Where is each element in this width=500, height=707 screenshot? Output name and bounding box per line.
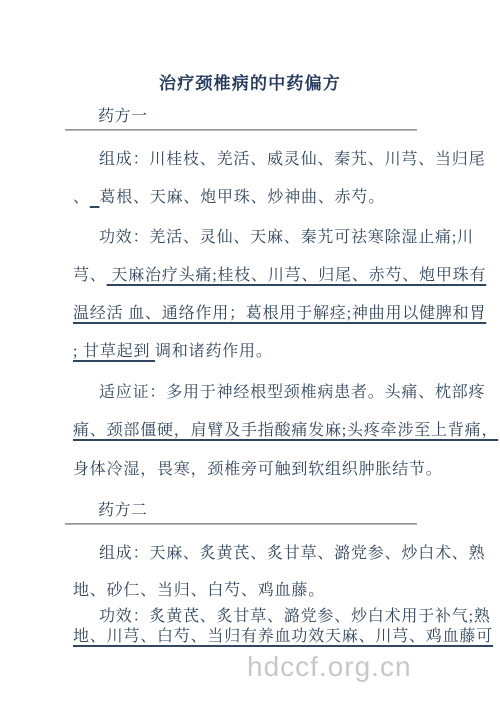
underlined-text-segment: ; 甘草起到 [73,343,155,360]
text-segment: 芎、 [73,267,107,284]
text-line: 功效：羌活、灵仙、天麻、秦艽可祛寒除湿止痛;川 [73,228,427,247]
text-segment: 、 [73,189,90,206]
text-segment: 葛根、天麻、炮甲珠、炒神曲、赤芍。 [99,189,385,206]
text-line: 地、砂仁、当归、白芍、鸡血藤。 [73,581,427,600]
text-line: 组成：天麻、炙黄芪、炙甘草、潞党参、炒白术、熟 [73,544,427,563]
document-title: 治疗颈椎病的中药偏方 [0,69,500,94]
site-watermark: hdccf.org.cn [247,651,412,683]
text-line: 功效：炙黄芪、炙甘草、潞党参、炒白术用于补气;熟 [73,607,427,626]
text-segment: 地、砂仁、当归、白芍、鸡血藤。 [73,582,325,599]
text-segment: 调和诸药作用。 [155,343,273,360]
text-line: 芎、 天麻治疗头痛;桂枝、川芎、归尾、赤芍、炮甲珠有 [73,266,427,285]
section-1-heading: 药方一 [98,107,148,126]
text-line: 温经活 血、通络作用；葛根用于解痉;神曲用以健脾和胃 [73,304,427,323]
text-line: 地、川芎、白芍、当归有养血功效天麻、川芎、鸡血藤可 [73,627,427,646]
section-1-divider [65,129,417,131]
text-segment: 适应证：多用于神经根型颈椎病患者。头痛、枕部疼 [99,384,485,401]
text-line: 组成：川桂枝、羌活、威灵仙、秦艽、川芎、当归尾 [73,150,427,169]
text-segment: 组成：天麻、炙黄芪、炙甘草、潞党参、炒白术、熟 [99,545,485,562]
text-line: ; 甘草起到 调和诸药作用。 [73,342,427,361]
section-2-heading: 药方二 [98,501,148,520]
underlined-text-segment: 温经活 血、通络作用；葛根用于解痉;神曲用以健脾和胃 [73,305,486,322]
text-line: 适应证：多用于神经根型颈椎病患者。头痛、枕部疼 [73,383,427,402]
text-line: 痛、颈部僵硬，肩臂及手指酸痛发麻;头疼牵涉至上背痛， [73,421,427,440]
text-line: 身体冷湿，畏寒，颈椎旁可触到软组织肿胀结节。 [73,460,427,479]
underlined-text-segment [90,189,100,206]
underlined-text-segment: 天麻治疗头痛;桂枝、川芎、归尾、赤芍、炮甲珠有 [107,267,487,284]
text-segment: 组成：川桂枝、羌活、威灵仙、秦艽、川芎、当归尾 [99,151,485,168]
section-2-divider [65,523,417,525]
text-line: 、 葛根、天麻、炮甲珠、炒神曲、赤芍。 [73,188,427,207]
document-page: 治疗颈椎病的中药偏方 药方一 组成：川桂枝、羌活、威灵仙、秦艽、川芎、当归尾 、… [0,0,500,707]
underlined-text-segment: 痛、颈部僵硬，肩臂及手指酸痛发麻;头疼牵涉至上背痛， [73,422,498,439]
text-segment: 身体冷湿，畏寒，颈椎旁可触到软组织肿胀结节。 [73,461,443,478]
text-segment: 功效：羌活、灵仙、天麻、秦艽可祛寒除湿止痛;川 [99,229,474,246]
underlined-text-segment: 地、川芎、白芍、当归有养血功效天麻、川芎、鸡血藤可 [73,628,493,645]
text-segment: 功效：炙黄芪、炙甘草、潞党参、炒白术用于补气;熟 [99,608,491,625]
